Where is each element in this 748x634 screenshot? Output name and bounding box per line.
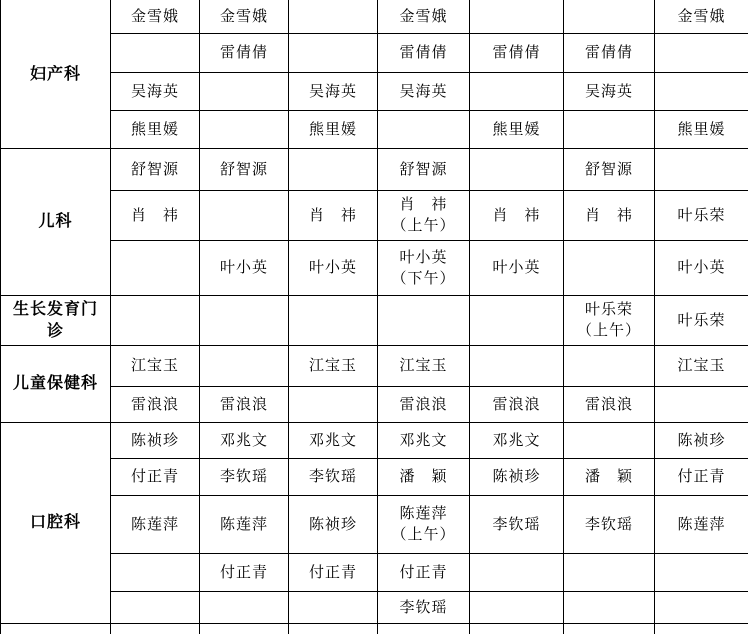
schedule-cell — [470, 553, 564, 591]
schedule-cell: 叶小英 — [655, 240, 748, 295]
schedule-cell — [289, 295, 378, 345]
schedule-cell — [470, 0, 564, 33]
schedule-cell: 熊里媛 — [289, 110, 378, 148]
table-row: 熊里媛 熊里媛 熊里媛 熊里媛 — [1, 110, 748, 148]
table-row: 陈莲萍 陈莲萍 陈祯珍 陈莲萍 （上午） 李钦瑶 李钦瑶 陈莲萍 — [1, 495, 748, 553]
schedule-cell: 付正青 — [200, 553, 289, 591]
table-row: 生长发育门 诊 叶乐荣 （上午） 叶乐荣 — [1, 295, 748, 345]
schedule-cell — [378, 295, 470, 345]
schedule-cell — [470, 623, 564, 634]
doctor-schedule-table: 妇产科 金雪娥 金雪娥 金雪娥 金雪娥 雷倩倩 雷倩倩 雷倩倩 雷倩倩 吴海英 … — [0, 0, 748, 634]
schedule-cell — [564, 240, 655, 295]
schedule-cell: 李钦瑶 — [289, 458, 378, 495]
schedule-cell: 潘 颖 — [564, 458, 655, 495]
schedule-cell: 雷浪浪 — [564, 386, 655, 422]
schedule-cell — [564, 591, 655, 623]
schedule-cell — [111, 623, 200, 634]
schedule-cell: 李钦瑶 — [470, 495, 564, 553]
schedule-cell: 雷浪浪 — [200, 386, 289, 422]
schedule-cell: 叶乐荣 — [655, 295, 748, 345]
schedule-cell — [470, 148, 564, 190]
schedule-cell: 叶小英 （下午） — [378, 240, 470, 295]
table-row: 李钦瑶 — [1, 591, 748, 623]
schedule-cell: 付正青 — [111, 458, 200, 495]
table-row: 付正青 付正青 付正青 — [1, 553, 748, 591]
schedule-cell: 付正青 — [655, 458, 748, 495]
schedule-cell: 叶乐荣 — [655, 190, 748, 240]
schedule-cell: 叶小英 — [200, 240, 289, 295]
schedule-cell — [200, 295, 289, 345]
schedule-cell: 陈莲萍 — [111, 495, 200, 553]
table-row: 口腔科 陈祯珍 邓兆文 邓兆文 邓兆文 邓兆文 陈祯珍 — [1, 422, 748, 458]
schedule-cell: 潘 颖 — [378, 458, 470, 495]
schedule-cell — [655, 386, 748, 422]
schedule-cell: 邓兆文 — [200, 422, 289, 458]
schedule-cell — [655, 33, 748, 72]
schedule-cell: 金雪娥 — [111, 0, 200, 33]
schedule-cell: 肖 祎 — [470, 190, 564, 240]
table-row — [1, 623, 748, 634]
schedule-cell: 熊里媛 — [111, 110, 200, 148]
table-row: 付正青 李钦瑶 李钦瑶 潘 颖 陈祯珍 潘 颖 付正青 — [1, 458, 748, 495]
schedule-cell: 熊里媛 — [655, 110, 748, 148]
schedule-cell: 雷倩倩 — [378, 33, 470, 72]
schedule-cell — [111, 240, 200, 295]
schedule-cell: 付正青 — [378, 553, 470, 591]
dept-cell-growth-clinic: 生长发育门 诊 — [1, 295, 111, 345]
schedule-cell: 李钦瑶 — [378, 591, 470, 623]
schedule-cell: 金雪娥 — [378, 0, 470, 33]
schedule-cell: 舒智源 — [111, 148, 200, 190]
table-row: 肖 祎 肖 祎 肖 祎 （上午） 肖 祎 肖 祎 叶乐荣 — [1, 190, 748, 240]
schedule-cell — [289, 33, 378, 72]
schedule-cell: 雷浪浪 — [470, 386, 564, 422]
schedule-cell: 吴海英 — [111, 72, 200, 110]
table-row: 妇产科 金雪娥 金雪娥 金雪娥 金雪娥 — [1, 0, 748, 33]
schedule-cell — [470, 345, 564, 386]
schedule-cell — [111, 591, 200, 623]
schedule-cell: 雷倩倩 — [564, 33, 655, 72]
dept-cell-pediatrics: 儿科 — [1, 148, 111, 295]
table-row: 儿童保健科 江宝玉 江宝玉 江宝玉 江宝玉 — [1, 345, 748, 386]
schedule-cell: 熊里媛 — [470, 110, 564, 148]
schedule-cell: 肖 祎 — [111, 190, 200, 240]
schedule-cell — [655, 148, 748, 190]
schedule-cell: 邓兆文 — [289, 422, 378, 458]
schedule-cell: 江宝玉 — [655, 345, 748, 386]
schedule-cell — [289, 386, 378, 422]
schedule-cell: 邓兆文 — [470, 422, 564, 458]
schedule-cell: 吴海英 — [564, 72, 655, 110]
schedule-cell — [655, 72, 748, 110]
schedule-cell — [564, 345, 655, 386]
schedule-cell: 李钦瑶 — [564, 495, 655, 553]
schedule-cell: 金雪娥 — [200, 0, 289, 33]
schedule-cell: 舒智源 — [564, 148, 655, 190]
schedule-cell: 舒智源 — [378, 148, 470, 190]
schedule-cell: 陈祯珍 — [470, 458, 564, 495]
schedule-cell: 叶小英 — [470, 240, 564, 295]
schedule-cell — [655, 553, 748, 591]
schedule-cell: 陈祯珍 — [111, 422, 200, 458]
dept-cell-child-healthcare: 儿童保健科 — [1, 345, 111, 422]
schedule-cell: 雷浪浪 — [111, 386, 200, 422]
schedule-cell — [200, 623, 289, 634]
schedule-cell: 肖 祎 — [564, 190, 655, 240]
schedule-cell — [655, 623, 748, 634]
schedule-cell — [200, 591, 289, 623]
schedule-cell: 吴海英 — [289, 72, 378, 110]
schedule-cell: 金雪娥 — [655, 0, 748, 33]
schedule-cell: 陈莲萍 — [655, 495, 748, 553]
schedule-cell — [289, 0, 378, 33]
schedule-cell: 吴海英 — [378, 72, 470, 110]
schedule-cell: 叶小英 — [289, 240, 378, 295]
schedule-cell — [564, 110, 655, 148]
table-row: 儿科 舒智源 舒智源 舒智源 舒智源 — [1, 148, 748, 190]
schedule-cell — [200, 72, 289, 110]
schedule-cell: 付正青 — [289, 553, 378, 591]
dept-cell-obstetrics: 妇产科 — [1, 0, 111, 148]
schedule-cell: 雷倩倩 — [200, 33, 289, 72]
schedule-cell — [378, 623, 470, 634]
schedule-cell — [564, 0, 655, 33]
schedule-cell — [289, 591, 378, 623]
table-row: 雷倩倩 雷倩倩 雷倩倩 雷倩倩 — [1, 33, 748, 72]
schedule-cell: 雷倩倩 — [470, 33, 564, 72]
schedule-cell — [470, 591, 564, 623]
schedule-cell: 舒智源 — [200, 148, 289, 190]
schedule-cell — [378, 110, 470, 148]
schedule-cell: 李钦瑶 — [200, 458, 289, 495]
schedule-cell — [564, 623, 655, 634]
schedule-cell — [111, 33, 200, 72]
schedule-cell — [470, 72, 564, 110]
table-row: 吴海英 吴海英 吴海英 吴海英 — [1, 72, 748, 110]
schedule-cell: 肖 祎 （上午） — [378, 190, 470, 240]
schedule-cell: 江宝玉 — [289, 345, 378, 386]
schedule-cell — [111, 295, 200, 345]
dept-cell-next-section — [1, 623, 111, 634]
schedule-cell: 雷浪浪 — [378, 386, 470, 422]
schedule-cell: 肖 祎 — [289, 190, 378, 240]
schedule-cell — [289, 623, 378, 634]
table-row: 叶小英 叶小英 叶小英 （下午） 叶小英 叶小英 — [1, 240, 748, 295]
schedule-cell: 陈祯珍 — [289, 495, 378, 553]
schedule-cell — [200, 110, 289, 148]
schedule-cell — [564, 553, 655, 591]
schedule-cell — [470, 295, 564, 345]
schedule-cell — [200, 345, 289, 386]
schedule-cell — [289, 148, 378, 190]
schedule-cell — [564, 422, 655, 458]
schedule-cell: 叶乐荣 （上午） — [564, 295, 655, 345]
schedule-cell: 陈莲萍 — [200, 495, 289, 553]
table-row: 雷浪浪 雷浪浪 雷浪浪 雷浪浪 雷浪浪 — [1, 386, 748, 422]
dept-cell-dental: 口腔科 — [1, 422, 111, 623]
schedule-cell — [200, 190, 289, 240]
schedule-cell: 陈祯珍 — [655, 422, 748, 458]
schedule-cell — [655, 591, 748, 623]
schedule-cell: 江宝玉 — [378, 345, 470, 386]
schedule-cell: 邓兆文 — [378, 422, 470, 458]
schedule-cell: 江宝玉 — [111, 345, 200, 386]
schedule-cell — [111, 553, 200, 591]
schedule-cell: 陈莲萍 （上午） — [378, 495, 470, 553]
